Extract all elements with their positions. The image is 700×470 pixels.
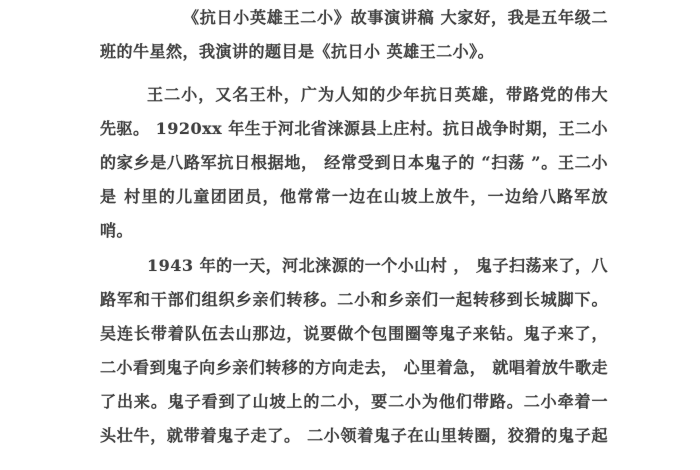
doc-line: 的家乡是八路军抗日根据地， 经常受到日本鬼子的 “扫荡 ”。王二小	[100, 146, 608, 180]
doc-line: 路军和干部们组织乡亲们转移。二小和乡亲们一起转移到长城脚下。	[100, 283, 608, 317]
doc-line: 班的牛星然，我演讲的题目是《抗日小 英雄王二小》。	[100, 35, 608, 69]
doc-line: 二小看到鬼子向乡亲们转移的方向走去， 心里着急， 就唱着放牛歌走	[100, 351, 608, 385]
doc-line: 头壮牛，就带着鬼子走了。 二小领着鬼子在山里转圈，狡猾的鬼子起	[100, 419, 608, 453]
doc-line: 了出来。鬼子看到了山坡上的二小，要二小为他们带路。二小牵着一	[100, 385, 608, 419]
doc-line: 是 村里的儿童团团员，他常常一边在山坡上放牛，一边给八路军放	[100, 180, 608, 214]
doc-line: 吴连长带着队伍去山那边，说要做个包围圈等鬼子来钻。鬼子来了，	[100, 317, 608, 351]
paragraph-story: 1943 年的一天，河北涞源的一个小山村 ， 鬼子扫荡来了，八 路军和干部们组织…	[100, 249, 608, 453]
paragraph-intro: 《抗日小英雄王二小》故事演讲稿 大家好，我是五年级二 班的牛星然，我演讲的题目是…	[100, 1, 608, 69]
doc-line: 先驱。 1920xx 年生于河北省涞源县上庄村。抗日战争时期，王二小	[100, 112, 608, 146]
doc-line-title: 《抗日小英雄王二小》故事演讲稿 大家好，我是五年级二	[100, 1, 608, 35]
doc-line: 哨。	[100, 214, 608, 248]
paragraph-biography: 王二小，又名王朴，广为人知的少年抗日英雄，带路党的伟大 先驱。 1920xx 年…	[100, 78, 608, 248]
document-page: 《抗日小英雄王二小》故事演讲稿 大家好，我是五年级二 班的牛星然，我演讲的题目是…	[0, 0, 700, 470]
doc-line: 王二小，又名王朴，广为人知的少年抗日英雄，带路党的伟大	[100, 78, 608, 112]
doc-line: 1943 年的一天，河北涞源的一个小山村 ， 鬼子扫荡来了，八	[100, 249, 608, 283]
